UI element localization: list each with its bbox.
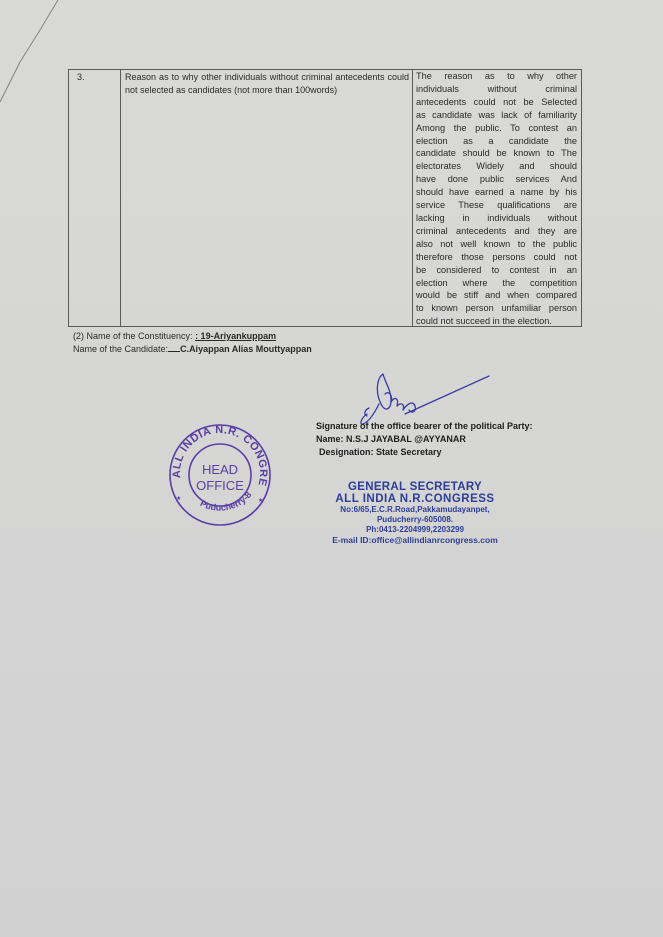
row-number: 3. xyxy=(69,70,121,326)
signatory-designation: Designation: State Secretary xyxy=(316,446,533,459)
reason-table: 3. Reason as to why other individuals wi… xyxy=(68,69,582,327)
answer-line: The reason as to why other xyxy=(416,70,577,83)
question-cell: Reason as to why other individuals witho… xyxy=(121,70,413,326)
stamp-inner-line1: HEAD xyxy=(202,462,238,477)
candidate-value: C.Aiyappan Alias Mouttyappan xyxy=(180,344,312,354)
constituency-row: (2) Name of the Constituency: : 19-Ariya… xyxy=(73,330,312,343)
answer-line: antecedents could not be Selected xyxy=(416,96,577,109)
stamp-title: GENERAL SECRETARY xyxy=(310,481,520,493)
answer-line: also not well known to the public xyxy=(416,238,577,251)
answer-line: be considered to contest in an xyxy=(416,264,577,277)
stamp-bottom-text: Puducherry-8 xyxy=(199,490,254,513)
answer-line: to known person unfamiliar person xyxy=(416,302,577,315)
candidate-info: (2) Name of the Constituency: : 19-Ariya… xyxy=(73,330,312,356)
answer-line: therefore those persons could not xyxy=(416,251,577,264)
answer-line: candidate should be known to The xyxy=(416,147,577,160)
answer-line: election where the competition xyxy=(416,277,577,290)
candidate-label: Name of the Candidate: xyxy=(73,344,168,354)
svg-text:Puducherry-8: Puducherry-8 xyxy=(199,490,254,513)
answer-line: service These qualifications are xyxy=(416,199,577,212)
signature-label: Signature of the office bearer of the po… xyxy=(316,420,533,433)
underline-gap xyxy=(168,343,180,352)
signatory-name: Name: N.S.J JAYABAL @AYYANAR xyxy=(316,433,533,446)
answer-line: have done public services And xyxy=(416,173,577,186)
answer-line: criminal antecedents and they are xyxy=(416,225,577,238)
svg-text:★: ★ xyxy=(258,497,263,504)
answer-cell: The reason as to why otherindividuals wi… xyxy=(413,70,581,326)
answer-line: Among the public. To contest an xyxy=(416,122,577,135)
answer-line: should have earned a name by his xyxy=(416,186,577,199)
answer-line: electorates Widely and should xyxy=(416,160,577,173)
answer-line: lacking in individuals without xyxy=(416,212,577,225)
constituency-label: (2) Name of the Constituency: xyxy=(73,331,195,341)
stamp-party: ALL INDIA N.R.CONGRESS xyxy=(310,493,520,505)
signatory-block: Signature of the office bearer of the po… xyxy=(316,420,533,459)
candidate-row: Name of the Candidate:C.Aiyappan Alias M… xyxy=(73,343,312,356)
constituency-value: : 19-Ariyankuppam xyxy=(195,331,276,341)
stamp-phone: Ph:0413-2204999,2203299 xyxy=(310,525,520,535)
answer-line: individuals without criminal xyxy=(416,83,577,96)
answer-line: election as a candidate the xyxy=(416,135,577,148)
document-page: 3. Reason as to why other individuals wi… xyxy=(0,0,663,937)
stamp-address-line2: Puducherry-605008. xyxy=(310,515,520,525)
answer-line: could not succeed in the election. xyxy=(416,315,577,328)
general-secretary-stamp: GENERAL SECRETARY ALL INDIA N.R.CONGRESS… xyxy=(310,481,520,546)
stamp-inner-line2: OFFICE xyxy=(196,478,244,493)
stamp-email: E-mail ID:office@allindianrcongress.com xyxy=(310,535,520,546)
head-office-stamp-icon: ALL INDIA N.R. CONGRESS Puducherry-8 HEA… xyxy=(165,420,275,530)
answer-line: as candidate was lack of familiarity xyxy=(416,109,577,122)
svg-text:★: ★ xyxy=(176,495,181,502)
stamp-address-line1: No:6/65,E.C.R.Road,Pakkamudayanpet, xyxy=(310,505,520,515)
answer-line: would be stiff and when compared xyxy=(416,289,577,302)
